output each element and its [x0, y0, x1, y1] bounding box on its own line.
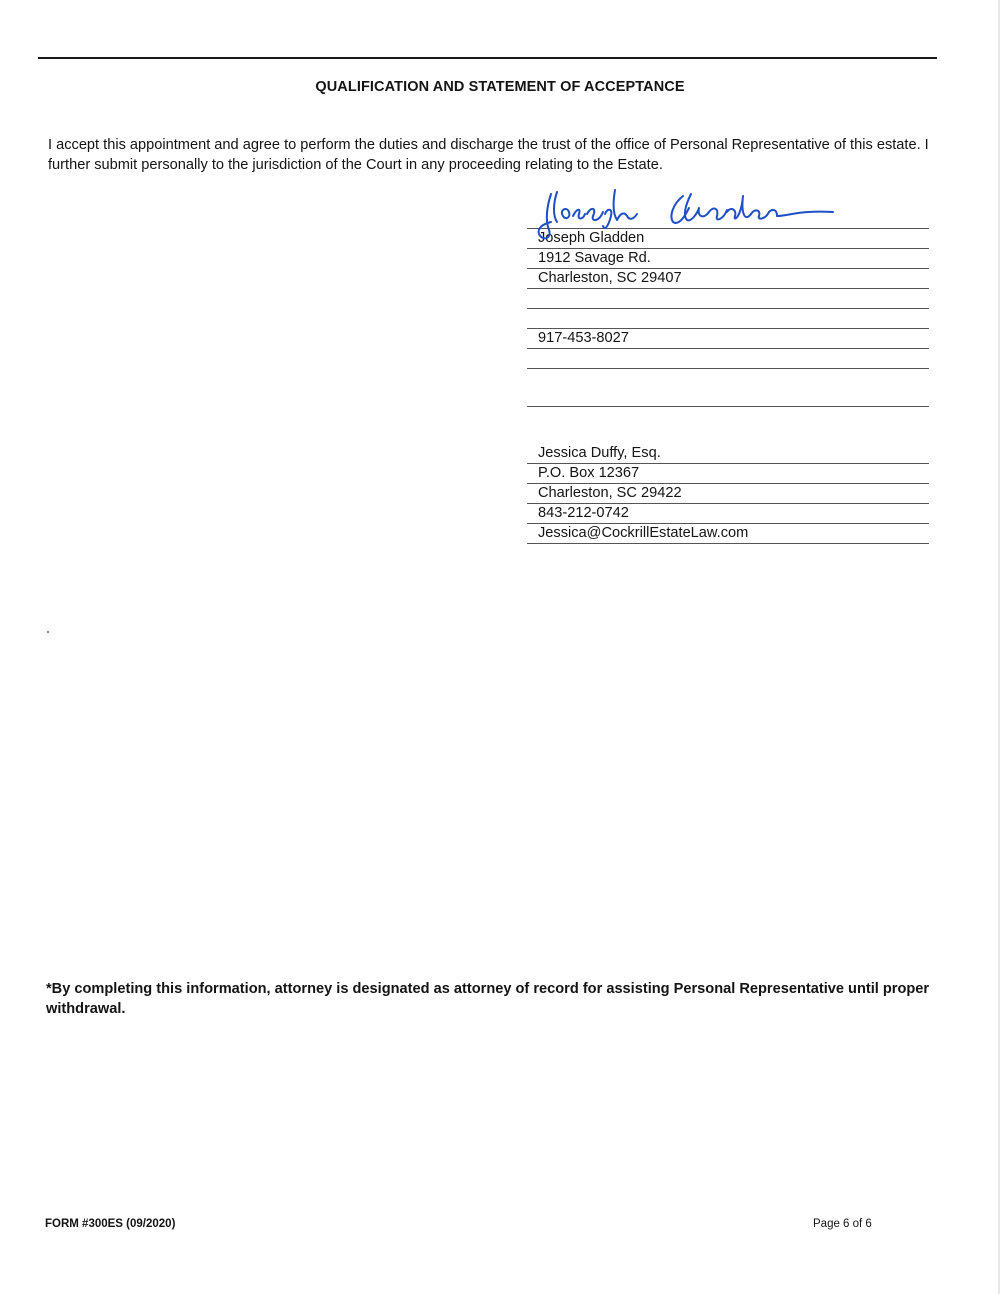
- handwritten-signature: [533, 186, 853, 246]
- address-line1-value: 1912 Savage Rd.: [538, 250, 651, 266]
- scan-speck: [47, 631, 49, 633]
- page-number: Page 6 of 6: [813, 1218, 872, 1230]
- email-field[interactable]: [527, 349, 929, 369]
- signature-strokes: [539, 190, 833, 238]
- attorney-address-line2-field[interactable]: Charleston, SC 29422: [527, 484, 929, 504]
- address-line2-field[interactable]: Charleston, SC 29407: [527, 269, 929, 289]
- attorney-name-value: Jessica Duffy, Esq.: [538, 445, 661, 461]
- attorney-address-line2-value: Charleston, SC 29422: [538, 485, 682, 501]
- attorney-footnote: *By completing this information, attorne…: [46, 979, 956, 1019]
- attorney-telephone-field[interactable]: 843-212-0742: [527, 504, 929, 524]
- address-line2-value: Charleston, SC 29407: [538, 270, 682, 286]
- form-id: FORM #300ES (09/2020): [45, 1218, 175, 1230]
- attorney-address-line1-field[interactable]: P.O. Box 12367: [527, 464, 929, 484]
- extra-field[interactable]: [527, 387, 929, 407]
- address-line1-field[interactable]: 1912 Savage Rd.: [527, 249, 929, 269]
- attorney-email-value: Jessica@CockrillEstateLaw.com: [538, 525, 748, 541]
- attorney-address-line1-value: P.O. Box 12367: [538, 465, 639, 481]
- tel-home-field[interactable]: [527, 309, 929, 329]
- attorney-telephone-value: 843-212-0742: [538, 505, 629, 521]
- tel-work-field[interactable]: [527, 289, 929, 309]
- attorney-name-field[interactable]: Jessica Duffy, Esq.: [527, 444, 929, 464]
- page-title: QUALIFICATION AND STATEMENT OF ACCEPTANC…: [0, 79, 1000, 95]
- top-rule: [38, 57, 937, 59]
- tel-cell-value: 917-453-8027: [538, 330, 629, 346]
- attorney-email-field[interactable]: Jessica@CockrillEstateLaw.com: [527, 524, 929, 544]
- acceptance-statement: I accept this appointment and agree to p…: [48, 135, 948, 175]
- tel-cell-field[interactable]: 917-453-8027: [527, 329, 929, 349]
